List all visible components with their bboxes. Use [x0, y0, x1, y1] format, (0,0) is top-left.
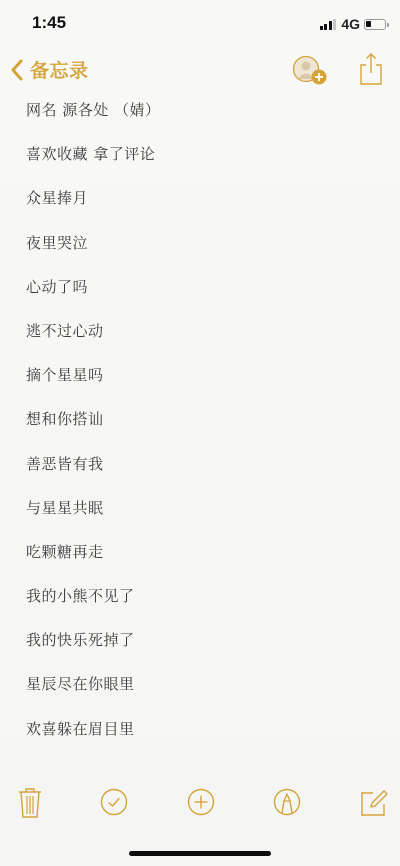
note-line[interactable]: 星辰尽在你眼里	[26, 672, 380, 716]
note-line[interactable]: 我的快乐死掉了	[26, 628, 380, 672]
note-line[interactable]: 夜里哭泣	[26, 231, 380, 275]
signal-icon	[320, 19, 337, 30]
note-line[interactable]: 我的小熊不见了	[26, 584, 380, 628]
status-time: 1:45	[32, 13, 66, 33]
battery-level	[366, 21, 371, 28]
note-line[interactable]: 吃颗糖再走	[26, 540, 380, 584]
note-line[interactable]: 摘个星星吗	[26, 363, 380, 407]
home-indicator[interactable]	[129, 851, 271, 856]
network-type: 4G	[341, 16, 360, 32]
note-line[interactable]: 喜欢收藏 拿了评论	[26, 142, 380, 186]
note-line[interactable]: 欢喜躲在眉目里	[26, 717, 380, 761]
markup-button[interactable]	[271, 786, 303, 818]
chevron-left-icon	[10, 59, 24, 81]
note-line[interactable]: 众星捧月	[26, 186, 380, 230]
add-button[interactable]	[185, 786, 217, 818]
compose-button[interactable]	[357, 786, 389, 818]
note-line[interactable]: 想和你搭讪	[26, 407, 380, 451]
compose-icon	[357, 786, 389, 818]
back-label: 备忘录	[30, 56, 89, 83]
delete-button[interactable]	[14, 786, 46, 818]
checklist-button[interactable]	[98, 786, 130, 818]
nav-bar: 备忘录	[0, 48, 400, 92]
battery-icon	[364, 19, 386, 30]
note-line[interactable]: 逃不过心动	[26, 319, 380, 363]
add-person-icon	[292, 55, 328, 87]
note-line[interactable]: 心动了吗	[26, 275, 380, 319]
notes-screen: 1:45 4G 备忘录	[0, 0, 400, 866]
note-line[interactable]: 网名 源各处 （婧）	[26, 98, 380, 142]
markup-icon	[271, 786, 303, 818]
note-body[interactable]: 网名 源各处 （婧） 喜欢收藏 拿了评论 众星捧月 夜里哭泣 心动了吗 逃不过心…	[26, 98, 380, 761]
share-icon	[358, 52, 384, 86]
bottom-toolbar	[0, 786, 400, 826]
note-line[interactable]: 善恶皆有我	[26, 452, 380, 496]
add-icon	[185, 786, 217, 818]
back-button[interactable]: 备忘录	[10, 56, 89, 83]
note-line[interactable]: 与星星共眠	[26, 496, 380, 540]
status-bar: 1:45 4G	[0, 0, 400, 48]
trash-icon	[14, 786, 46, 818]
share-button[interactable]	[358, 52, 384, 86]
status-indicators: 4G	[320, 16, 386, 32]
add-person-button[interactable]	[292, 55, 328, 87]
checklist-icon	[98, 786, 130, 818]
